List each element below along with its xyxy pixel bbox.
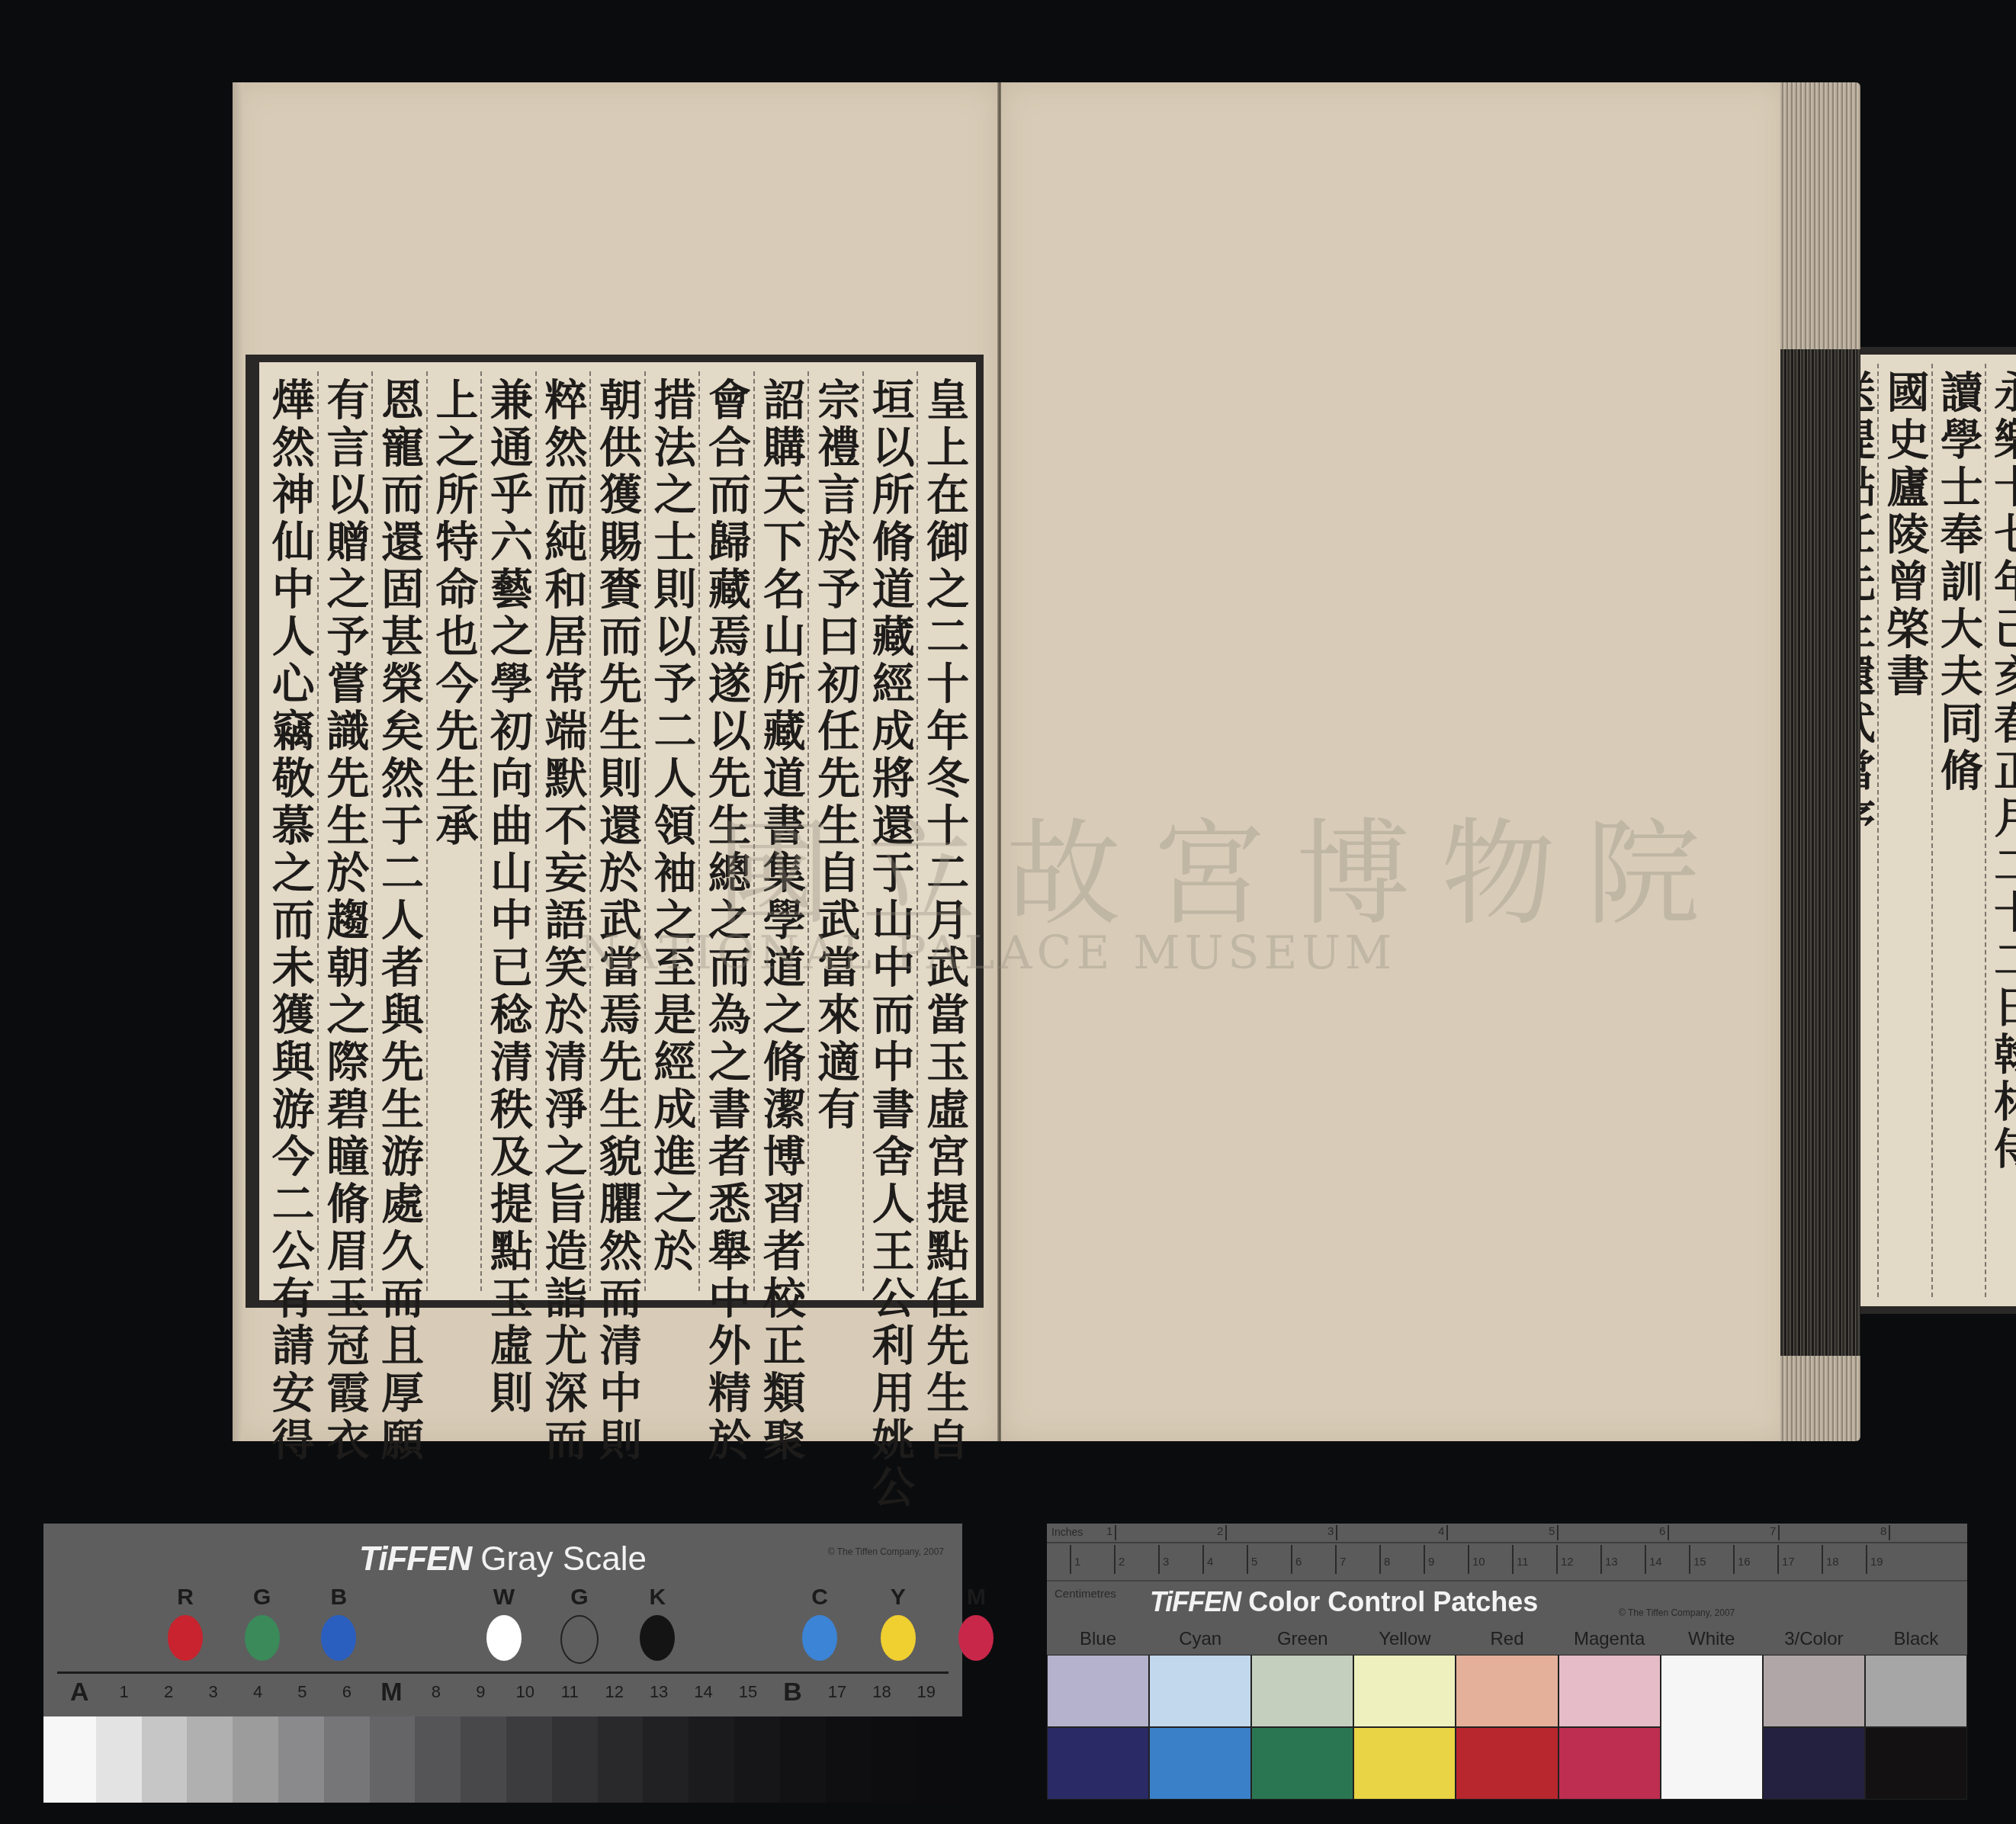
gray-swatch xyxy=(415,1716,461,1803)
color-dot-label: C xyxy=(798,1585,842,1615)
gray-step-label: 8 xyxy=(414,1678,458,1706)
color-dot-label: M xyxy=(954,1585,998,1615)
text-column: 宗禮言於予曰初任先生自武當來適有 xyxy=(807,371,862,1291)
color-dot-g: G xyxy=(240,1585,284,1668)
ruler-cm-mark: 6 xyxy=(1291,1545,1302,1574)
left-page-columns: 皇上在御之二十年冬十二月武當玉虛宮提點任先生自垣以所脩道藏經成將還于山中而中書舍… xyxy=(264,371,971,1291)
ruler-cm-mark: 12 xyxy=(1556,1545,1574,1574)
gray-swatch xyxy=(370,1716,416,1803)
gray-swatch xyxy=(734,1716,780,1803)
gray-scale-title: TiFFENGray Scale xyxy=(43,1540,962,1578)
ruler-cm-mark: 14 xyxy=(1645,1545,1662,1574)
gray-swatch xyxy=(506,1716,552,1803)
patch-dark-yellow xyxy=(1353,1727,1456,1800)
text-column: 有言以贈之予嘗識先生於趨朝之際碧瞳脩眉玉冠霞衣 xyxy=(317,371,372,1291)
color-dot-k: K xyxy=(635,1585,679,1668)
gray-step-label: M xyxy=(369,1678,413,1706)
color-dot-label: K xyxy=(635,1585,679,1615)
ruler-inch-mark: 6 xyxy=(1659,1525,1669,1540)
gray-step-label: 13 xyxy=(637,1678,681,1706)
book-fore-edge xyxy=(1780,82,1860,1441)
open-book: 皇上在御之二十年冬十二月武當玉虛宮提點任先生自垣以所脩道藏經成將還于山中而中書舍… xyxy=(233,82,1860,1441)
ruler-inch-mark: 8 xyxy=(1880,1525,1890,1540)
color-dot-circle xyxy=(802,1615,837,1661)
color-dot-g: G xyxy=(557,1585,602,1668)
ruler-cm-mark: 8 xyxy=(1379,1545,1390,1574)
gray-swatch xyxy=(43,1716,96,1803)
color-dot-circle xyxy=(486,1615,522,1661)
column-text: 宗禮言於予曰初任先生自武當來適有 xyxy=(814,377,857,1134)
fore-edge-printed-block xyxy=(1780,349,1860,1356)
ruler-inch-mark: 4 xyxy=(1438,1525,1448,1540)
tiffen-logo: TiFFEN xyxy=(1150,1586,1241,1617)
patch-label-red: Red xyxy=(1456,1629,1558,1656)
text-column: 皇上在御之二十年冬十二月武當玉虛宮提點任先生自 xyxy=(917,371,971,1291)
ruler-cm-mark: 15 xyxy=(1689,1545,1706,1574)
ruler-cm-mark: 16 xyxy=(1733,1545,1751,1574)
patch-light-cyan xyxy=(1149,1655,1251,1727)
left-page: 皇上在御之二十年冬十二月武當玉虛宮提點任先生自垣以所脩道藏經成將還于山中而中書舍… xyxy=(233,82,999,1441)
gray-scale-color-dots: RGBWGKCYM xyxy=(43,1585,962,1668)
patch-dark-magenta xyxy=(1559,1727,1661,1800)
tiffen-logo: TiFFEN xyxy=(359,1540,471,1578)
patch-light-red xyxy=(1456,1655,1558,1727)
gray-swatch xyxy=(689,1716,734,1803)
patch-label-cyan: Cyan xyxy=(1149,1629,1251,1656)
patch-dark-green xyxy=(1251,1727,1353,1800)
color-dot-r: R xyxy=(163,1585,207,1668)
gray-step-label: A xyxy=(57,1678,101,1706)
tiffen-gray-scale-card: TiFFENGray Scale © The Tiffen Company, 2… xyxy=(43,1524,962,1803)
patch-dark-red xyxy=(1456,1727,1558,1800)
patch-label-blue: Blue xyxy=(1047,1629,1149,1656)
patch-label-3-color: 3/Color xyxy=(1763,1629,1865,1656)
color-dot-y: Y xyxy=(876,1585,920,1668)
ruler-centimetres-label: Centimetres xyxy=(1055,1588,1116,1601)
color-dot-label: R xyxy=(163,1585,207,1615)
text-column: 國史廬陵曾棨書 xyxy=(1877,364,1931,1297)
text-column: 詔購天下名山所藏道書集學道之脩潔博習者校正類聚 xyxy=(753,371,808,1291)
gray-swatch xyxy=(780,1716,826,1803)
column-text: 措法之士則以予二人領袖之至是經成進之於 xyxy=(651,377,694,1276)
tiffen-color-control-card: Inches 123456781234567891011121314151617… xyxy=(1047,1524,1967,1800)
color-patch-grid xyxy=(1047,1655,1967,1800)
gray-step-label: 3 xyxy=(191,1678,235,1706)
color-card-copyright: © The Tiffen Company, 2007 xyxy=(1619,1607,1735,1618)
color-dot-circle xyxy=(958,1615,994,1661)
color-dot-circle xyxy=(560,1615,599,1664)
ruler-inches-row: Inches xyxy=(1047,1524,1967,1543)
ruler-inch-mark: 1 xyxy=(1106,1525,1116,1540)
ruler-cm-mark: 18 xyxy=(1822,1545,1839,1574)
text-column: 燁然神仙中人心竊敬慕之而未獲與游今二公有請安得 xyxy=(264,371,317,1291)
column-text: 國史廬陵曾棨書 xyxy=(1883,370,1926,701)
text-column: 會合而歸藏焉遂以先生總之而為之書者悉舉中外精於 xyxy=(698,371,753,1291)
gray-step-label: 1 xyxy=(101,1678,146,1706)
right-page: 世俗稱其學道自以為至矣然而能不施於時名不顯於世惠不及於人此其於老氏奚擇哉一愚旣得… xyxy=(1001,82,1786,1441)
gray-step-label: 9 xyxy=(458,1678,502,1706)
gray-step-label: 2 xyxy=(146,1678,191,1706)
column-text: 朝供獲賜賚而先生則還於武當焉先生貌臞然而清中則 xyxy=(596,377,639,1465)
gray-step-label: 12 xyxy=(592,1678,636,1706)
left-page-text-frame: 皇上在御之二十年冬十二月武當玉虛宮提點任先生自垣以所脩道藏經成將還于山中而中書舍… xyxy=(246,355,984,1308)
patch-label-yellow: Yellow xyxy=(1353,1629,1456,1656)
patch-label-white: White xyxy=(1661,1629,1763,1656)
gray-swatch xyxy=(598,1716,644,1803)
text-column: 措法之士則以予二人領袖之至是經成進之於 xyxy=(644,371,699,1291)
patch-label-green: Green xyxy=(1251,1629,1353,1656)
ruler-inch-mark: 2 xyxy=(1217,1525,1227,1540)
patch-dark-3-color xyxy=(1763,1727,1865,1800)
text-column: 粹然而純和居常端默不妄語笑於清淨之旨造詣尤深而 xyxy=(535,371,590,1291)
gray-step-label: B xyxy=(770,1678,814,1706)
gray-step-label: 5 xyxy=(280,1678,324,1706)
patch-light-black xyxy=(1865,1655,1967,1727)
patch-dark-cyan xyxy=(1149,1727,1251,1800)
column-text: 上之所特命也今先生承 xyxy=(432,377,475,850)
gray-scale-divider xyxy=(57,1671,949,1674)
gray-scale-swatches xyxy=(43,1716,962,1803)
gray-swatch xyxy=(643,1716,689,1803)
ruler-cm-mark: 4 xyxy=(1202,1545,1213,1574)
column-text: 永樂十七年己亥春正月二十二日翰林侍 xyxy=(1991,370,2016,1174)
color-dot-label: G xyxy=(557,1585,602,1615)
patch-dark-black xyxy=(1865,1727,1967,1800)
color-dot-label: Y xyxy=(876,1585,920,1615)
color-dot-circle xyxy=(321,1615,356,1661)
ruler-cm-mark: 10 xyxy=(1468,1545,1485,1574)
ruler-cm-mark: 9 xyxy=(1424,1545,1434,1574)
color-dot-label: B xyxy=(316,1585,361,1615)
ruler-cm-mark: 5 xyxy=(1247,1545,1257,1574)
patch-light-green xyxy=(1251,1655,1353,1727)
text-column: 永樂十七年己亥春正月二十二日翰林侍 xyxy=(1985,364,2016,1297)
ruler: Inches 123456781234567891011121314151617… xyxy=(1047,1524,1967,1582)
gray-swatch xyxy=(871,1716,917,1803)
color-dot-circle xyxy=(881,1615,916,1661)
gray-swatch xyxy=(142,1716,188,1803)
column-text: 粹然而純和居常端默不妄語笑於清淨之旨造詣尤深而 xyxy=(542,377,585,1465)
ruler-cm-mark: 3 xyxy=(1158,1545,1169,1574)
gray-swatch xyxy=(233,1716,278,1803)
column-text: 詔購天下名山所藏道書集學道之脩潔博習者校正類聚 xyxy=(760,377,803,1465)
gray-step-label: 6 xyxy=(325,1678,369,1706)
color-dot-c: C xyxy=(798,1585,842,1668)
gray-swatch xyxy=(324,1716,370,1803)
column-text: 恩寵而還固甚榮矣然于二人者與先生游處久而且厚願 xyxy=(378,377,421,1465)
text-column: 恩寵而還固甚榮矣然于二人者與先生游處久而且厚願 xyxy=(371,371,426,1291)
column-text: 讀學士奉訓大夫同脩 xyxy=(1937,370,1980,795)
ruler-cm-mark: 1 xyxy=(1070,1545,1080,1574)
gray-step-label: 15 xyxy=(726,1678,770,1706)
gray-step-label: 14 xyxy=(681,1678,725,1706)
ruler-inch-mark: 7 xyxy=(1770,1525,1780,1540)
gray-step-label: 4 xyxy=(236,1678,280,1706)
text-column: 朝供獲賜賚而先生則還於武當焉先生貌臞然而清中則 xyxy=(589,371,644,1291)
gray-step-label: 18 xyxy=(859,1678,904,1706)
text-column: 兼通乎六藝之學初向曲山中已稔清秩及提點玉虛則 xyxy=(480,371,535,1291)
gray-swatch xyxy=(917,1716,962,1803)
color-dot-w: W xyxy=(482,1585,526,1668)
ruler-cm-mark: 19 xyxy=(1866,1545,1883,1574)
column-text: 皇上在御之二十年冬十二月武當玉虛宮提點任先生自 xyxy=(923,377,966,1465)
color-patch-labels: BlueCyanGreenYellowRedMagentaWhite3/Colo… xyxy=(1047,1629,1967,1656)
gray-scale-step-labels: A123456M89101112131415B171819 xyxy=(57,1678,949,1706)
patch-light-3-color xyxy=(1763,1655,1865,1727)
gray-swatch xyxy=(187,1716,233,1803)
text-column: 垣以所脩道藏經成將還于山中而中書舍人王公利用姚公 xyxy=(862,371,917,1291)
color-dot-circle xyxy=(245,1615,280,1661)
patch-light-yellow xyxy=(1353,1655,1456,1727)
patch-light-blue xyxy=(1047,1655,1149,1727)
column-text: 兼通乎六藝之學初向曲山中已稔清秩及提點玉虛則 xyxy=(487,377,530,1418)
color-dot-circle xyxy=(168,1615,203,1661)
text-column: 上之所特命也今先生承 xyxy=(426,371,481,1291)
gray-swatch xyxy=(552,1716,598,1803)
left-page-edge xyxy=(233,82,243,1441)
ruler-inch-mark: 5 xyxy=(1549,1525,1559,1540)
ruler-cm-mark: 11 xyxy=(1512,1545,1529,1574)
column-text: 燁然神仙中人心竊敬慕之而未獲與游今二公有請安得 xyxy=(269,377,312,1465)
gray-swatch xyxy=(461,1716,506,1803)
gray-step-label: 10 xyxy=(503,1678,547,1706)
ruler-inches-label: Inches xyxy=(1051,1526,1083,1538)
gray-step-label: 17 xyxy=(815,1678,859,1706)
column-text: 垣以所脩道藏經成將還于山中而中書舍人王公利用姚公 xyxy=(869,377,912,1512)
column-text: 會合而歸藏焉遂以先生總之而為之書者悉舉中外精於 xyxy=(705,377,748,1465)
column-text: 有言以贈之予嘗識先生於趨朝之際碧瞳脩眉玉冠霞衣 xyxy=(323,377,366,1465)
gray-swatch xyxy=(96,1716,142,1803)
ruler-cm-mark: 17 xyxy=(1777,1545,1795,1574)
color-dot-circle xyxy=(640,1615,675,1661)
patch-dark-blue xyxy=(1047,1727,1149,1800)
ruler-inch-mark: 3 xyxy=(1327,1525,1337,1540)
color-dot-m: M xyxy=(954,1585,998,1668)
gray-swatch xyxy=(826,1716,872,1803)
color-dot-b: B xyxy=(316,1585,361,1668)
color-dot-label: G xyxy=(240,1585,284,1615)
color-card-title: TiFFENColor Control Patches xyxy=(1150,1586,1538,1618)
color-dot-label: W xyxy=(482,1585,526,1615)
patch-light-white xyxy=(1661,1655,1763,1800)
ruler-cm-mark: 7 xyxy=(1335,1545,1346,1574)
ruler-cm-mark: 2 xyxy=(1114,1545,1125,1574)
gray-step-label: 19 xyxy=(904,1678,949,1706)
gray-step-label: 11 xyxy=(547,1678,592,1706)
ruler-cm-mark: 13 xyxy=(1600,1545,1618,1574)
text-column: 讀學士奉訓大夫同脩 xyxy=(1931,364,1985,1297)
gray-swatch xyxy=(278,1716,324,1803)
gray-scale-copyright: © The Tiffen Company, 2007 xyxy=(828,1546,944,1557)
patch-label-magenta: Magenta xyxy=(1559,1629,1661,1656)
patch-light-magenta xyxy=(1559,1655,1661,1727)
patch-label-black: Black xyxy=(1865,1629,1967,1656)
